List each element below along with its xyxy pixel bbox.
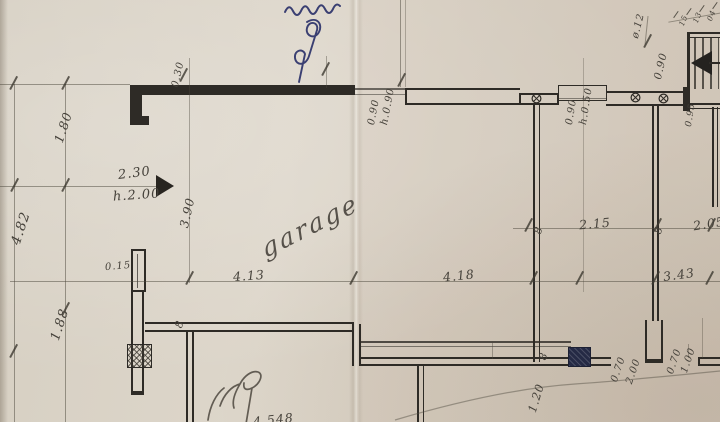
dim-label: 2.15 — [578, 215, 611, 233]
dim-label: 0.15 — [105, 260, 132, 273]
ink-scribble-signature — [235, 0, 355, 90]
dim-label: 4.13 — [233, 267, 266, 284]
floor-plan-sheet: garage 4.82 1.80 1.88 2.30 h.2.00 3.90 0… — [0, 0, 720, 422]
